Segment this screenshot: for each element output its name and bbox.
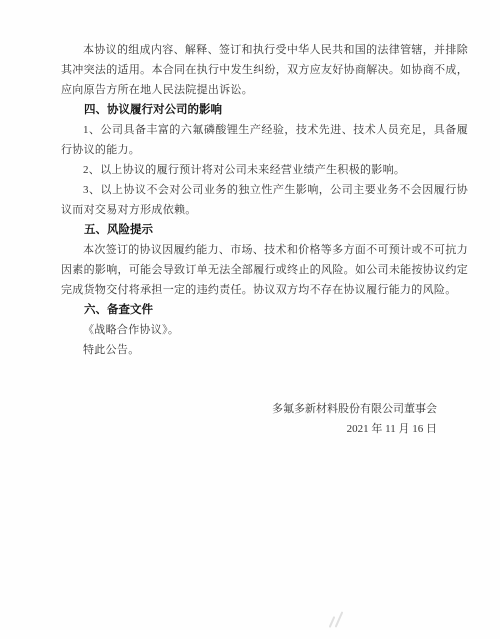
document-body: 本协议的组成内容、解释、签订和执行受中华人民共和国的法律管辖，并排除其冲突法的适… xyxy=(61,40,468,439)
document-page: 本协议的组成内容、解释、签订和执行受中华人民共和国的法律管辖，并排除其冲突法的适… xyxy=(0,0,500,639)
paragraph-item-1-capability: 1、公司具备丰富的六氟磷酸锂生产经验，技术先进、技术人员充足，具备履行协议的能力… xyxy=(61,120,468,160)
paragraph-risk-description: 本次签订的协议因履约能力、市场、技术和价格等多方面不可预计或不可抗力因素的影响，… xyxy=(61,240,468,300)
section-heading-risk-notice: 五、风险提示 xyxy=(61,220,468,240)
paragraph-item-2-performance: 2、以上协议的履行预计将对公司未来经营业绩产生积极的影响。 xyxy=(61,160,468,180)
signature-company: 多氟多新材料股份有限公司董事会 xyxy=(61,399,437,419)
paragraph-document-list: 《战略合作协议》。 xyxy=(61,320,468,340)
paragraph-item-3-independence: 3、以上协议不会对公司业务的独立性产生影响，公司主要业务不会因履行协议而对交易对… xyxy=(61,180,468,220)
paragraph-governing-law: 本协议的组成内容、解释、签订和执行受中华人民共和国的法律管辖，并排除其冲突法的适… xyxy=(61,40,468,100)
section-heading-reference-documents: 六、备查文件 xyxy=(61,300,468,320)
signature-block: 多氟多新材料股份有限公司董事会 2021 年 11 月 16 日 xyxy=(61,399,468,439)
paragraph-announcement-closing: 特此公告。 xyxy=(61,340,468,360)
section-heading-impact-on-company: 四、协议履行对公司的影响 xyxy=(61,100,468,120)
pen-mark-artifact xyxy=(335,611,344,627)
signature-date: 2021 年 11 月 16 日 xyxy=(61,419,437,439)
